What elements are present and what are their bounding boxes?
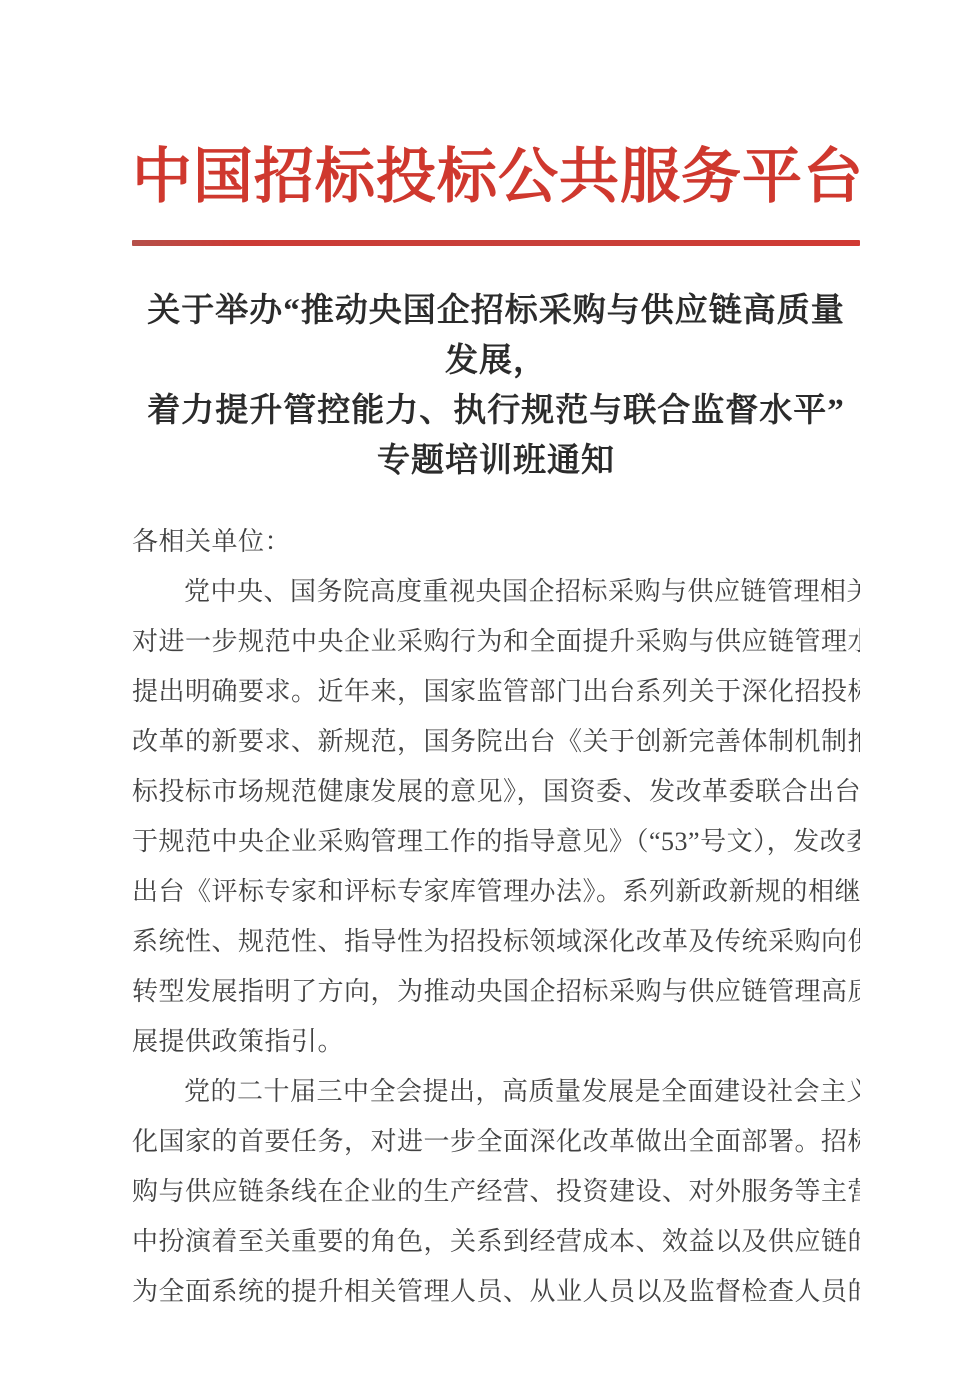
notice-body: 各相关单位： 党中央、国务院高度重视央国企招标采购与供应链管理相关工作， 对进一… — [132, 517, 860, 1317]
salutation: 各相关单位： — [132, 517, 860, 567]
body-line: 为全面系统的提升相关管理人员、从业人员以及监督检查人员的专业 — [132, 1267, 860, 1317]
body-line: 党中央、国务院高度重视央国企招标采购与供应链管理相关工作， — [132, 567, 860, 617]
body-line: 系统性、规范性、指导性为招投标领域深化改革及传统采购向供应链 — [132, 917, 860, 967]
notice-title-line-2: 着力提升管控能力、执行规范与联合监督水平” — [132, 386, 860, 436]
body-line: 标投标市场规范健康发展的意见》，国资委、发改革委联合出台《关 — [132, 767, 860, 817]
document-page: 中国招标投标公共服务平台 关于举办“推动央国企招标采购与供应链高质量发展， 着力… — [0, 0, 975, 1379]
notice-title-line-3: 专题培训班通知 — [132, 436, 860, 486]
body-line: 转型发展指明了方向，为推动央国企招标采购与供应链管理高质量发 — [132, 967, 860, 1017]
body-line: 购与供应链条线在企业的生产经营、投资建设、对外服务等主营业务 — [132, 1167, 860, 1217]
notice-title: 关于举办“推动央国企招标采购与供应链高质量发展， 着力提升管控能力、执行规范与联… — [132, 286, 860, 486]
body-line: 提出明确要求。近年来，国家监管部门出台系列关于深化招投标领域 — [132, 667, 860, 717]
letterhead-platform-title: 中国招标投标公共服务平台 — [132, 0, 860, 210]
body-line: 中扮演着至关重要的角色，关系到经营成本、效益以及供应链的稳定。 — [132, 1217, 860, 1267]
body-line: 于规范中央企业采购管理工作的指导意见》（“53”号文），发改委 — [132, 817, 860, 867]
body-line: 改革的新要求、新规范，国务院出台《关于创新完善体制机制推动招 — [132, 717, 860, 767]
body-line: 化国家的首要任务，对进一步全面深化改革做出全面部署。招标、采 — [132, 1117, 860, 1167]
document-content: 中国招标投标公共服务平台 关于举办“推动央国企招标采购与供应链高质量发展， 着力… — [0, 0, 975, 1317]
body-line: 展提供政策指引。 — [132, 1017, 860, 1067]
notice-title-line-1: 关于举办“推动央国企招标采购与供应链高质量发展， — [132, 286, 860, 386]
letterhead-divider-rule — [132, 240, 860, 246]
body-line: 党的二十届三中全会提出，高质量发展是全面建设社会主义现代 — [132, 1067, 860, 1117]
body-line: 出台《评标专家和评标专家库管理办法》。系列新政新规的相继出台， — [132, 867, 860, 917]
body-line: 对进一步规范中央企业采购行为和全面提升采购与供应链管理水平 — [132, 617, 860, 667]
